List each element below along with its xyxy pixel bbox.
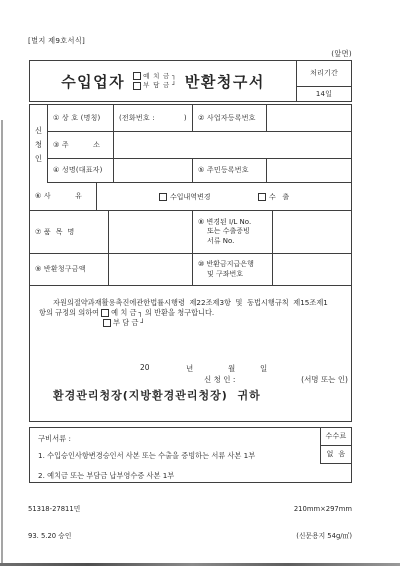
doc-no-input[interactable] xyxy=(273,211,351,253)
declaration-line2: 항의 규정의 의하여 예 치 금 ┐ 의 반환을 청구합니다. xyxy=(39,308,345,318)
date-day-label: 일 xyxy=(260,363,267,374)
attachments-box: 구비서류 : 1. 수입승인사항변경승인서 사본 또는 수출을 증빙하는 서류 … xyxy=(29,427,352,483)
business-no-label: ② 사업자등록번호 xyxy=(193,105,267,131)
row-amount: ⑨ 반환청구금액 ⑩ 반환금지급은행 및 구좌번호 xyxy=(30,254,351,286)
bracket-bottom: ┘ xyxy=(172,81,177,91)
sign-line: 신 청 인 : (서명 또는 인) xyxy=(30,374,351,384)
fee-label: 수수료 xyxy=(321,428,351,446)
representative-name-label: ④ 성명(대표자) xyxy=(48,159,114,182)
form-code: 51318-27811민 xyxy=(28,505,80,514)
attachments-label: 구비서류 : xyxy=(38,434,71,444)
date-year-label: 년 xyxy=(186,363,193,374)
refund-request-form: [별지 제9호서식] (앞면) 수입업자 예 치 금 ┐ 부 담 금 ┘ 반환청… xyxy=(0,0,400,566)
item-name-input[interactable] xyxy=(109,211,193,253)
title-refund-request: 반환청구서 xyxy=(185,71,265,92)
row-reason: ⑥ 사 유 수입내역변경 수 출 xyxy=(30,183,351,211)
deposit-checkbox[interactable] xyxy=(133,72,141,80)
address-label: ③ 주 소 xyxy=(48,132,114,158)
attachment-item-2: 2. 예치금 또는 부담금 납부영수증 사본 1부 xyxy=(38,471,174,481)
applicant-vertical-label: 신 청 인 xyxy=(30,105,48,183)
form-attachment-note: [별지 제9호서식] xyxy=(28,36,85,46)
date-month-label: 월 xyxy=(228,363,235,374)
fee-box: 수수료 없 음 xyxy=(320,428,351,464)
footer-right: 210mm×297mm (신문용지 54g/㎡) xyxy=(294,487,352,559)
bracket-top: ┐ xyxy=(172,72,177,82)
row-company: ① 상 호 (명칭) (전화번호 : ) ② 사업자등록번호 xyxy=(48,105,351,132)
charge-checkbox[interactable] xyxy=(133,82,141,90)
form-title-box: 수입업자 예 치 금 ┐ 부 담 금 ┘ 반환청구서 처리기간 14일 xyxy=(29,60,352,102)
reason-label: ⑥ 사 유 xyxy=(30,183,97,210)
form-approval: 93. 5.20 승인 xyxy=(28,532,80,541)
date-year-prefix: 20 xyxy=(140,363,150,372)
declaration-line1: 자원의절약과재활용촉진에관한법률시행령 제22조제3항 및 동법시행규칙 제15… xyxy=(39,298,345,308)
declaration-line3: 부 담 금 ┘ xyxy=(103,318,345,328)
page-side-note: (앞면) xyxy=(331,49,352,59)
import-change-checkbox[interactable] xyxy=(159,193,167,201)
company-name-label: ① 상 호 (명칭) xyxy=(48,105,114,131)
business-no-input[interactable] xyxy=(267,105,351,131)
charge-option-label: 부 담 금 xyxy=(143,81,170,91)
row-address: ③ 주 소 xyxy=(48,132,351,159)
paper-size-note: 210mm×297mm xyxy=(294,505,352,514)
reason-options: 수입내역변경 수 출 xyxy=(97,183,351,210)
decl-deposit-checkbox[interactable] xyxy=(101,309,109,317)
doc-no-label: ⑧ 변경된 I/L No. 또는 수출증빙 서류 No. xyxy=(193,211,273,253)
footer-left: 51318-27811민 93. 5.20 승인 xyxy=(28,487,80,559)
bank-account-label: ⑩ 반환금지급은행 및 구좌번호 xyxy=(193,254,273,285)
scan-edge-left xyxy=(1,120,3,566)
bank-account-input[interactable] xyxy=(273,254,351,285)
declaration-paragraph: 자원의절약과재활용촉진에관한법률시행령 제22조제3항 및 동법시행규칙 제15… xyxy=(39,298,345,328)
decl-charge-checkbox[interactable] xyxy=(103,319,111,327)
paper-spec-note: (신문용지 54g/㎡) xyxy=(294,532,352,541)
declaration-area: 자원의절약과재활용촉진에관한법률시행령 제22조제3항 및 동법시행규칙 제15… xyxy=(30,286,351,421)
form-body-box: 신 청 인 ① 상 호 (명칭) (전화번호 : ) ② 사업자등록번호 ③ 주… xyxy=(29,104,352,422)
import-change-label: 수입내역변경 xyxy=(170,192,211,202)
date-line: 20 년 월 일 xyxy=(30,363,351,373)
address-input[interactable] xyxy=(114,132,351,158)
export-label: 수 출 xyxy=(269,192,289,202)
processing-period-value: 14일 xyxy=(297,87,351,101)
phone-field[interactable]: (전화번호 : ) xyxy=(114,105,193,131)
representative-name-input[interactable] xyxy=(114,159,193,182)
applicant-sign-label: 신 청 인 : xyxy=(204,374,235,385)
fee-value: 없 음 xyxy=(321,446,351,463)
seal-note: (서명 또는 인) xyxy=(301,374,348,385)
attachment-item-1: 1. 수입승인사항변경승인서 사본 또는 수출을 증빙하는 서류 사본 1부 xyxy=(38,451,255,461)
title-option-group: 예 치 금 ┐ 부 담 금 ┘ xyxy=(133,72,177,91)
refund-amount-label: ⑨ 반환청구금액 xyxy=(30,254,109,285)
title-importer: 수입업자 xyxy=(61,71,125,92)
resident-no-label: ⑤ 주민등록번호 xyxy=(193,159,267,182)
addressee-line: 환경관리청장(지방환경관리청장) 귀하 xyxy=(53,387,261,403)
row-item: ⑦ 품 목 명 ⑧ 변경된 I/L No. 또는 수출증빙 서류 No. xyxy=(30,211,351,254)
export-checkbox[interactable] xyxy=(258,193,266,201)
processing-period-box: 처리기간 14일 xyxy=(296,61,351,101)
form-title-area: 수입업자 예 치 금 ┐ 부 담 금 ┘ 반환청구서 xyxy=(30,61,296,101)
processing-period-label: 처리기간 xyxy=(297,61,351,87)
item-name-label: ⑦ 품 목 명 xyxy=(30,211,109,253)
row-name: ④ 성명(대표자) ⑤ 주민등록번호 xyxy=(48,159,351,183)
refund-amount-input[interactable] xyxy=(109,254,193,285)
deposit-option-label: 예 치 금 xyxy=(143,72,170,82)
resident-no-input[interactable] xyxy=(267,159,351,182)
